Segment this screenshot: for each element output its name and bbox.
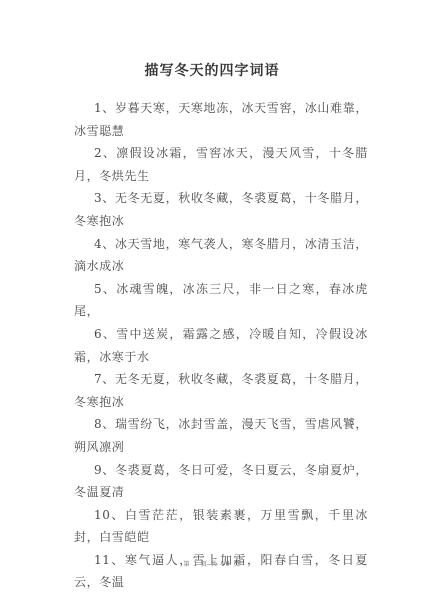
item-text: 雪中送炭，霜露之感，冷暖自知，冷假设冰霜，冰寒于水 xyxy=(74,327,368,364)
item-number: 8、 xyxy=(94,417,115,431)
item-number: 5、 xyxy=(94,282,116,296)
list-item: 11、寒气逼人，雪上加霜，阳春白雪，冬日夏云，冬温 xyxy=(74,549,368,594)
list-item: 5、冰魂雪魄，冰冻三尺，非一日之寒，春冰虎尾， xyxy=(74,278,368,323)
item-number: 9、 xyxy=(94,463,115,477)
item-number: 1、 xyxy=(94,101,115,115)
item-text: 冬裘夏葛，冬日可爱，冬日夏云，冬扇夏炉，冬温夏凊 xyxy=(74,463,368,500)
word-list: 1、岁暮天寒，天寒地冻，冰天雪窖，冰山难靠，冰雪聪慧 2、凛假设冰霜，雪窖冰天，… xyxy=(74,97,368,594)
list-item: 3、无冬无夏，秋收冬藏，冬裘夏葛，十冬腊月，冬寒抱冰 xyxy=(74,187,368,232)
list-item: 2、凛假设冰霜，雪窖冰天，漫天风雪，十冬腊月，冬烘先生 xyxy=(74,142,368,187)
item-number: 10、 xyxy=(94,508,125,522)
list-item: 8、瑞雪纷飞，冰封雪盖，漫天飞雪，雪虐风饕，朔风凛冽 xyxy=(74,413,368,458)
item-number: 4、 xyxy=(94,237,115,251)
list-item: 4、冰天雪地，寒气袭人，寒冬腊月，冰清玉洁，滴水成冰 xyxy=(74,233,368,278)
list-item: 6、雪中送炭，霜露之感，冷暖自知，冷假设冰霜，冰寒于水 xyxy=(74,323,368,368)
item-text: 无冬无夏，秋收冬藏，冬裘夏葛，十冬腊月，冬寒抱冰 xyxy=(74,372,368,409)
item-text: 岁暮天寒，天寒地冻，冰天雪窖，冰山难靠，冰雪聪慧 xyxy=(74,101,368,138)
item-number: 2、 xyxy=(94,146,116,160)
item-text: 瑞雪纷飞，冰封雪盖，漫天飞雪，雪虐风饕，朔风凛冽 xyxy=(74,417,368,454)
list-item: 1、岁暮天寒，天寒地冻，冰天雪窖，冰山难靠，冰雪聪慧 xyxy=(74,97,368,142)
document-page: 描写冬天的四字词语 1、岁暮天寒，天寒地冻，冰天雪窖，冰山难靠，冰雪聪慧 2、凛… xyxy=(0,0,424,600)
item-number: 7、 xyxy=(94,372,115,386)
item-text: 冰魂雪魄，冰冻三尺，非一日之寒，春冰虎尾， xyxy=(74,282,368,319)
list-item: 9、冬裘夏葛，冬日可爱，冬日夏云，冬扇夏炉，冬温夏凊 xyxy=(74,459,368,504)
item-number: 3、 xyxy=(94,191,115,205)
item-number: 6、 xyxy=(94,327,116,341)
list-item: 7、无冬无夏，秋收冬藏，冬裘夏葛，十冬腊月，冬寒抱冰 xyxy=(74,368,368,413)
item-text: 冰天雪地，寒气袭人，寒冬腊月，冰清玉洁，滴水成冰 xyxy=(74,237,368,274)
page-footer: 第 1 页 共 10 页 xyxy=(0,559,424,568)
item-text: 凛假设冰霜，雪窖冰天，漫天风雪，十冬腊月，冬烘先生 xyxy=(74,146,368,183)
list-item: 10、白雪茫茫，银装素裹，万里雪飘，千里冰封，白雪皑皑 xyxy=(74,504,368,549)
item-text: 无冬无夏，秋收冬藏，冬裘夏葛，十冬腊月，冬寒抱冰 xyxy=(74,191,368,228)
document-title: 描写冬天的四字词语 xyxy=(0,60,424,80)
